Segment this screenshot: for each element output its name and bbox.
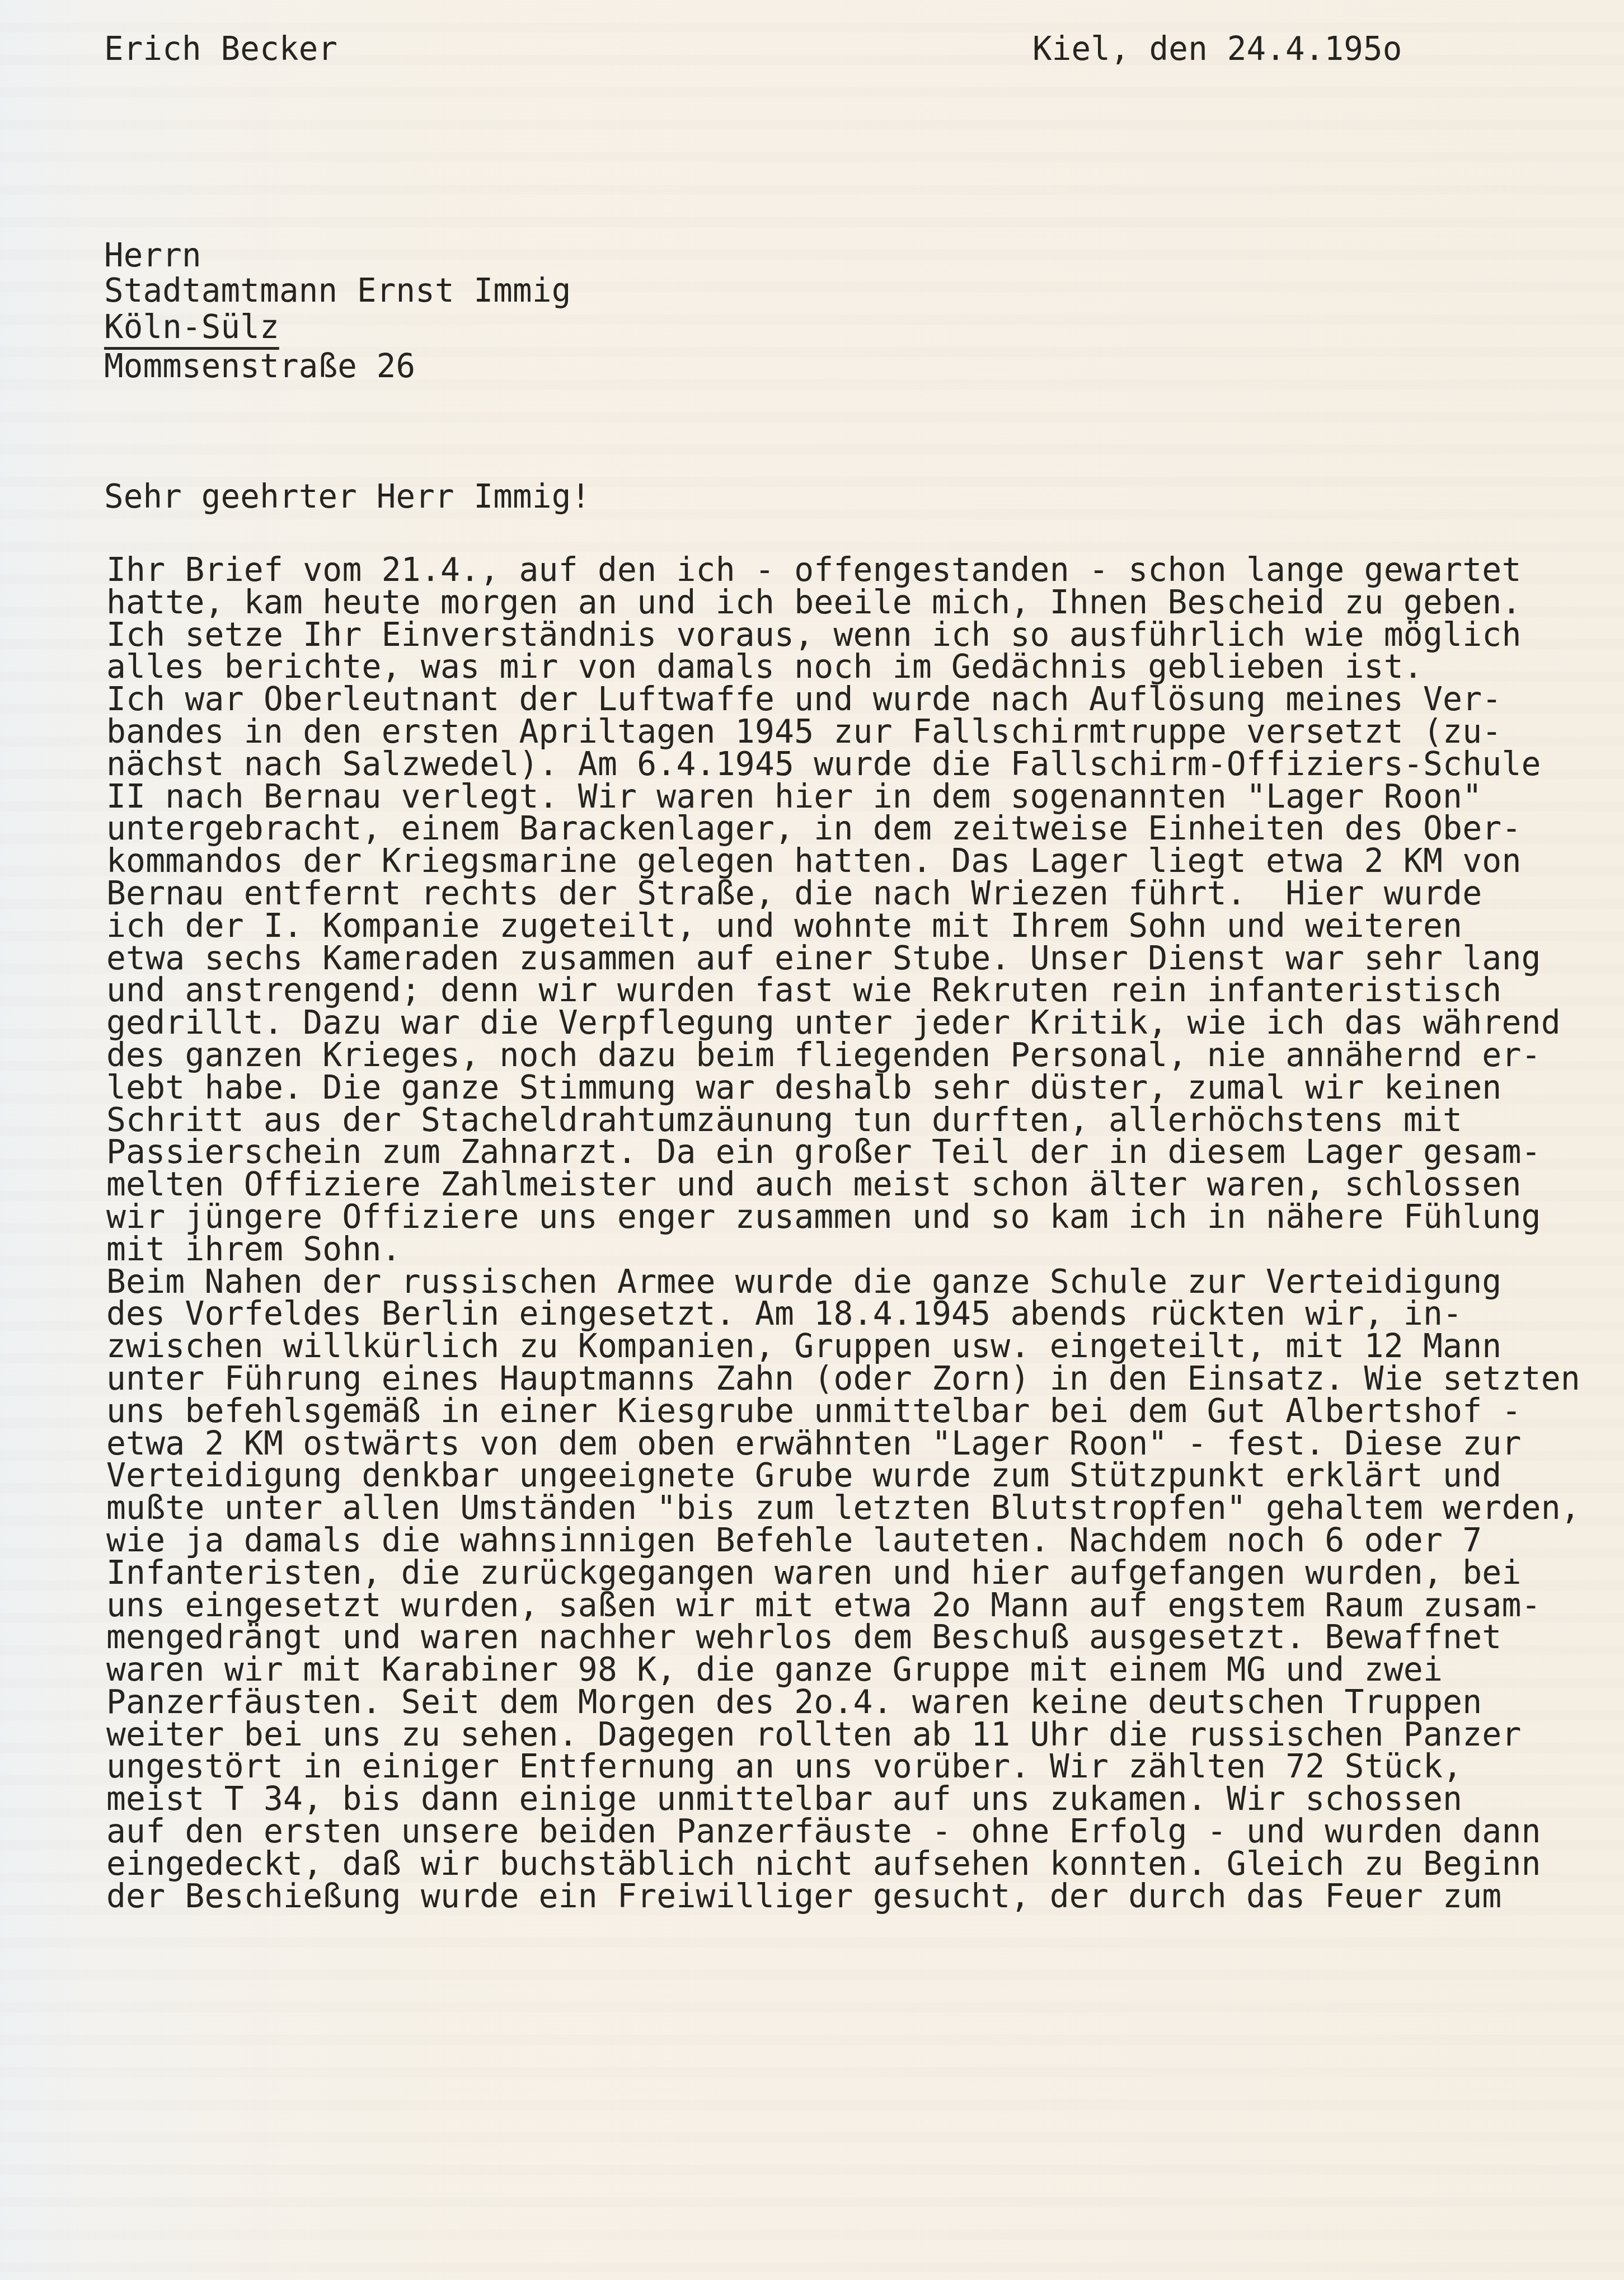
- body-line: eingedeckt, daß wir buchstäblich nicht a…: [106, 1848, 1580, 1880]
- body-line: der Beschießung wurde ein Freiwilliger g…: [106, 1880, 1580, 1913]
- body-line: Ich war Oberleutnant der Luftwaffe und w…: [106, 683, 1580, 716]
- body-line: des Vorfeldes Berlin eingesetzt. Am 18.4…: [106, 1298, 1580, 1330]
- body-line: meist T 34, bis dann einige unmittelbar …: [106, 1783, 1580, 1815]
- body-line: uns befehlsgemäß in einer Kiesgrube unmi…: [106, 1395, 1580, 1428]
- body-line: II nach Bernau verlegt. Wir waren hier i…: [106, 781, 1580, 813]
- body-line: Infanteristen, die zurückgegangen waren …: [106, 1557, 1580, 1589]
- letter-salutation: Sehr geehrter Herr Immig!: [104, 480, 590, 513]
- body-line: Bernau entfernt rechts der Straße, die n…: [106, 878, 1580, 910]
- body-line: wie ja damals die wahnsinnigen Befehle l…: [106, 1524, 1580, 1557]
- recipient-city: Köln-Sülz: [104, 311, 279, 343]
- body-line: kommandos der Kriegsmarine gelegen hatte…: [106, 845, 1580, 878]
- body-line: ich der I. Kompanie zugeteilt, und wohnt…: [106, 910, 1580, 942]
- body-line: auf den ersten unsere beiden Panzerfäust…: [106, 1815, 1580, 1848]
- body-line: zwischen willkürlich zu Kompanien, Grupp…: [106, 1330, 1580, 1363]
- letter-page: Erich Becker Kiel, den 24.4.195o Herrn S…: [0, 0, 1624, 2280]
- body-line: mit ihrem Sohn.: [106, 1233, 1580, 1266]
- body-line: untergebracht, einem Barackenlager, in d…: [106, 813, 1580, 845]
- body-line: nächst nach Salzwedel). Am 6.4.1945 wurd…: [106, 748, 1580, 781]
- body-line: Ich setze Ihr Einverständnis voraus, wen…: [106, 619, 1580, 651]
- recipient-city-underlined: Köln-Sülz: [104, 308, 279, 350]
- place-and-date: Kiel, den 24.4.195o: [1032, 32, 1402, 65]
- body-line: Verteidigung denkbar ungeeignete Grube w…: [106, 1460, 1580, 1492]
- body-line: des ganzen Krieges, noch dazu beim flieg…: [106, 1039, 1580, 1072]
- body-line: hatte, kam heute morgen an und ich beeil…: [106, 587, 1580, 619]
- body-line: Panzerfäusten. Seit dem Morgen des 2o.4.…: [106, 1686, 1580, 1719]
- recipient-name: Stadtamtmann Ernst Immig: [104, 274, 571, 307]
- body-line: gedrillt. Dazu war die Verpflegung unter…: [106, 1007, 1580, 1039]
- body-line: unter Führung eines Hauptmanns Zahn (ode…: [106, 1363, 1580, 1395]
- body-line: etwa 2 KM ostwärts von dem oben erwähnte…: [106, 1428, 1580, 1460]
- recipient-street: Mommsenstraße 26: [104, 350, 415, 382]
- body-line: mußte unter allen Umständen "bis zum let…: [106, 1492, 1580, 1524]
- body-line: Passierschein zum Zahnarzt. Da ein große…: [106, 1136, 1580, 1169]
- letter-body: Ihr Brief vom 21.4., auf den ich - offen…: [106, 554, 1580, 1912]
- recipient-salutation-line: Herrn: [104, 239, 201, 271]
- body-line: und anstrengend; denn wir wurden fast wi…: [106, 974, 1580, 1007]
- body-line: bandes in den ersten Apriltagen 1945 zur…: [106, 716, 1580, 748]
- body-line: Schritt aus der Stacheldrahtumzäunung tu…: [106, 1104, 1580, 1137]
- body-line: Ihr Brief vom 21.4., auf den ich - offen…: [106, 554, 1580, 587]
- body-line: wir jüngere Offiziere uns enger zusammen…: [106, 1201, 1580, 1233]
- body-line: lebt habe. Die ganze Stimmung war deshal…: [106, 1072, 1580, 1104]
- body-line: Beim Nahen der russischen Armee wurde di…: [106, 1266, 1580, 1298]
- body-line: melten Offiziere Zahlmeister und auch me…: [106, 1169, 1580, 1201]
- body-line: uns eingesetzt wurden, saßen wir mit etw…: [106, 1589, 1580, 1622]
- body-line: etwa sechs Kameraden zusammen auf einer …: [106, 942, 1580, 975]
- body-line: ungestört in einiger Entfernung an uns v…: [106, 1751, 1580, 1783]
- sender-name: Erich Becker: [104, 32, 337, 65]
- body-line: weiter bei uns zu sehen. Dagegen rollten…: [106, 1719, 1580, 1751]
- body-line: alles berichte, was mir von damals noch …: [106, 651, 1580, 683]
- body-line: waren wir mit Karabiner 98 K, die ganze …: [106, 1654, 1580, 1686]
- body-line: mengedrängt und waren nachher wehrlos de…: [106, 1621, 1580, 1654]
